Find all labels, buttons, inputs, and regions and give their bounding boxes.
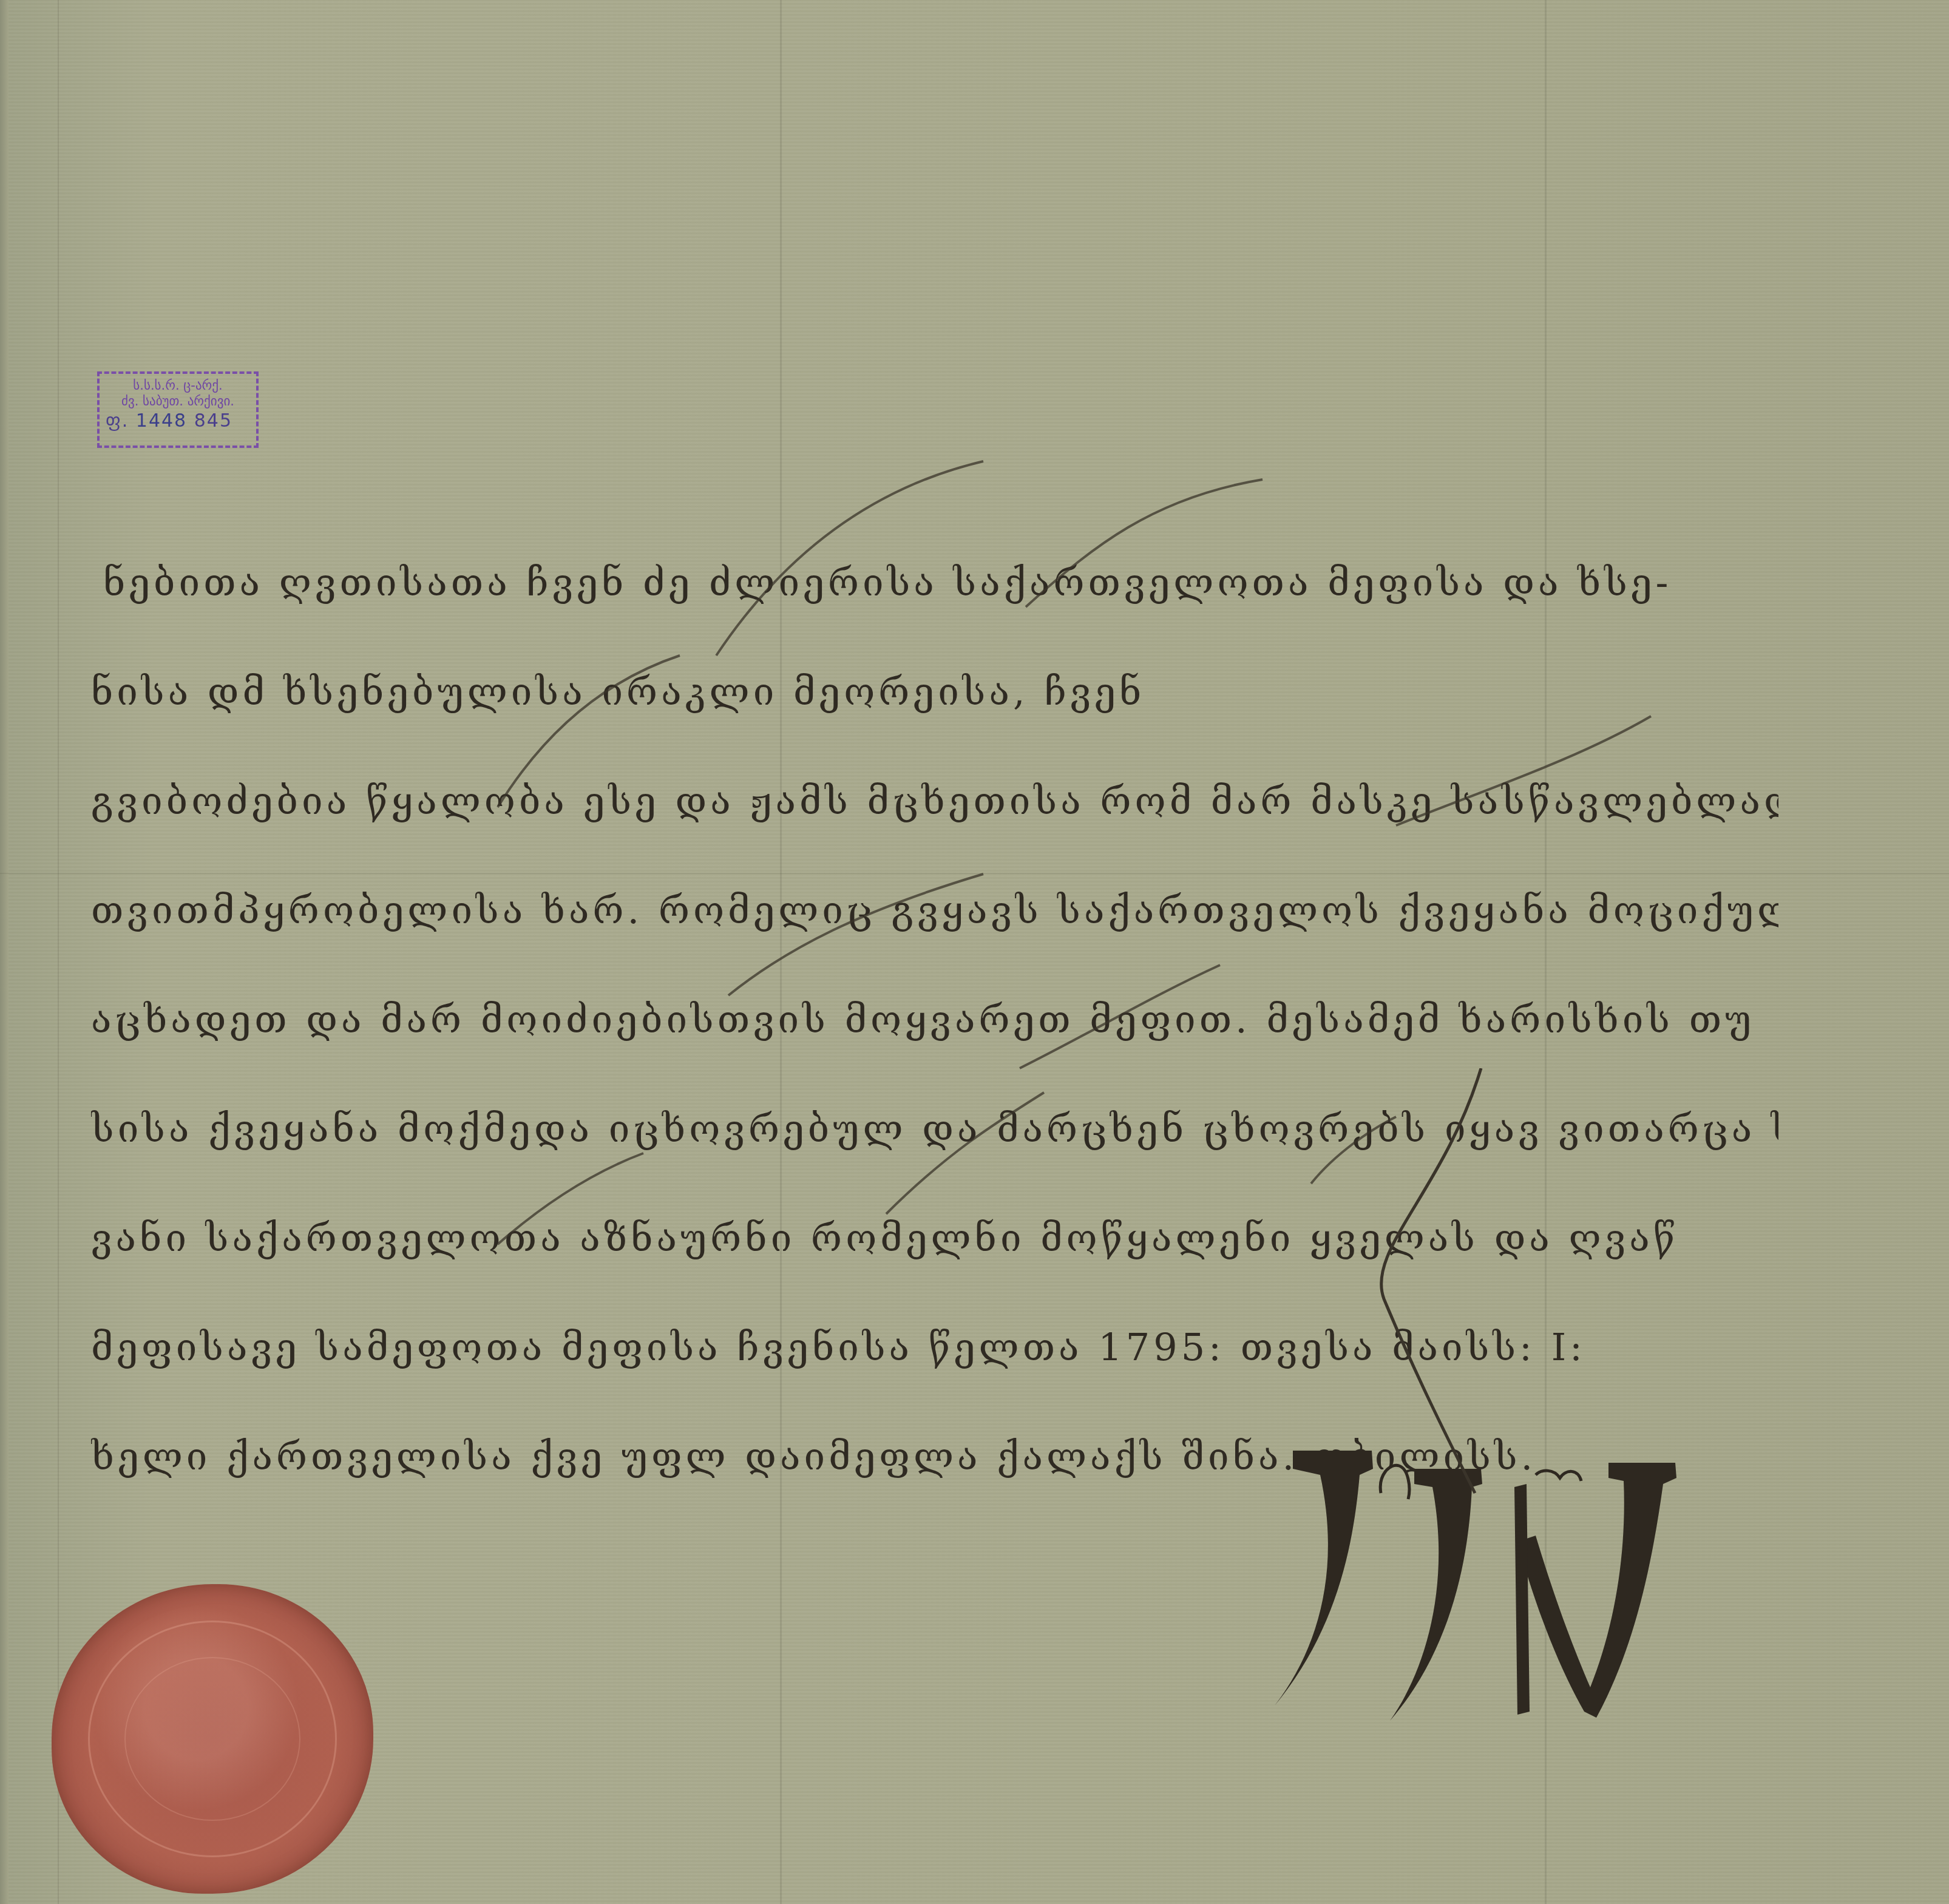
signature-flourish (1263, 1068, 1517, 1554)
red-wax-seal (52, 1584, 373, 1894)
seal-ring-inner (124, 1657, 300, 1821)
